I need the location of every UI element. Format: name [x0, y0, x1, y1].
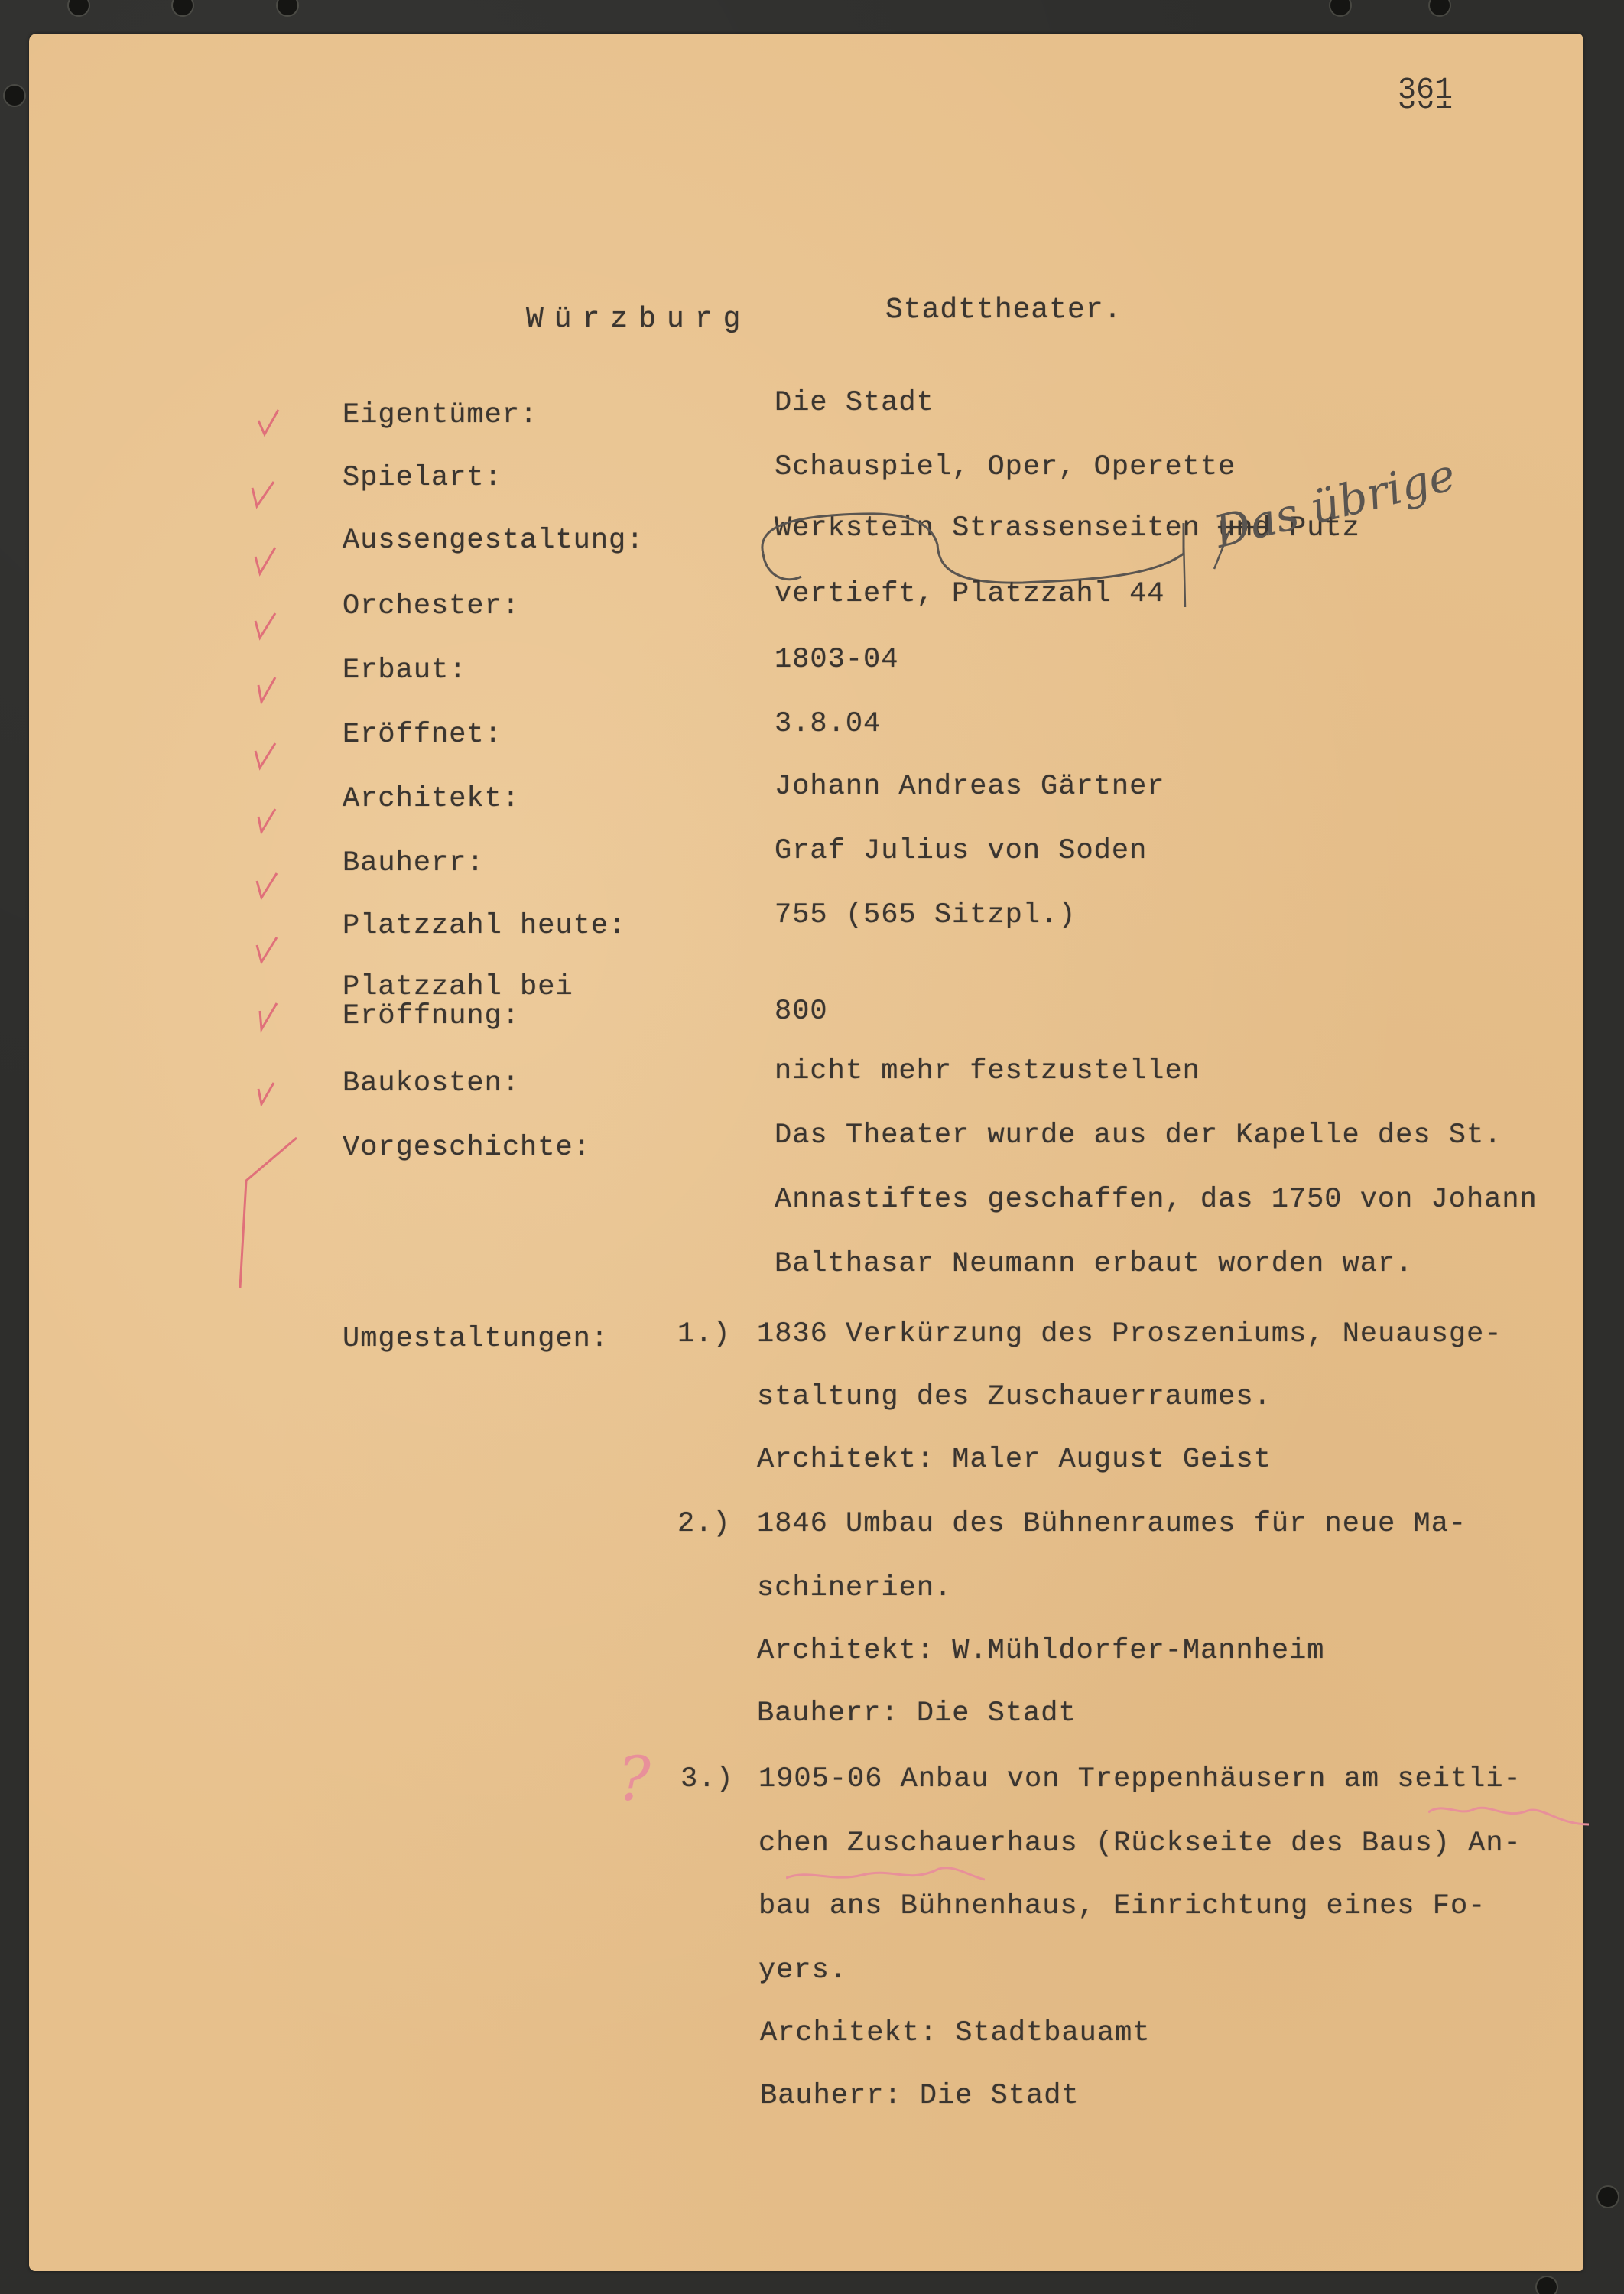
field-label-baukosten: Baukosten: [343, 1067, 520, 1100]
circled-word-werkstein: Werkstein [775, 512, 934, 544]
umgestaltung-2-architekt: Architekt: W.Mühldorfer-Mannheim [757, 1635, 1325, 1667]
umgestaltung-1-line2: staltung des Zuschauerraumes. [757, 1381, 1272, 1413]
red-check-icon [254, 933, 284, 963]
umgestaltung-3-bauherr: Bauherr: Die Stadt [760, 2080, 1080, 2112]
umgestaltung-3-line3: bau ans Bühnenhaus, Einrichtung eines Fo… [758, 1890, 1486, 1922]
umgestaltung-2-line2: schinerien. [757, 1572, 952, 1604]
field-value-vorgeschichte-line1: Das Theater wurde aus der Kapelle des St… [775, 1119, 1502, 1152]
umgestaltung-2-bauherr: Bauherr: Die Stadt [757, 1698, 1077, 1730]
field-value-baukosten: nicht mehr festzustellen [775, 1055, 1200, 1087]
red-check-icon [254, 869, 284, 899]
field-label-eroeffnet: Eröffnet: [343, 719, 502, 751]
title-city: Würzburg [526, 303, 751, 336]
field-label-platzzahl-heute: Platzzahl heute: [343, 910, 626, 942]
field-label-erbaut: Erbaut: [343, 655, 466, 687]
field-value-vorgeschichte-line3: Balthasar Neumann erbaut worden war. [775, 1248, 1413, 1280]
red-check-icon [252, 544, 283, 575]
red-check-icon [252, 609, 283, 639]
red-check-icon [254, 803, 284, 833]
field-value-erbaut: 1803-04 [775, 644, 898, 676]
field-label-spielart: Spielart: [343, 462, 502, 494]
umgestaltung-1-number: 1.) [677, 1318, 731, 1350]
red-check-icon [235, 1135, 304, 1288]
field-label-orchester: Orchester: [343, 590, 520, 622]
field-label-platzzahl-bei-eroeffnung-line1: Platzzahl bei [343, 971, 573, 1003]
umgestaltung-3-architekt: Architekt: Stadtbauamt [760, 2017, 1150, 2049]
field-value-spielart: Schauspiel, Oper, Operette [775, 451, 1236, 483]
umgestaltung-2-number: 2.) [677, 1508, 731, 1540]
field-label-architekt: Architekt: [343, 783, 520, 815]
document-sheet: 361 361 Würzburg Stadttheater. Eigentüme… [29, 34, 1583, 2271]
red-check-icon [252, 739, 283, 769]
umgestaltung-1-architekt: Architekt: Maler August Geist [757, 1444, 1272, 1476]
red-check-icon [254, 1075, 284, 1106]
field-label-bauherr: Bauherr: [343, 847, 485, 879]
field-label-aussengestaltung: Aussengestaltung: [343, 525, 644, 557]
red-wavy-underline [786, 1861, 985, 1892]
field-label-eigentuemer: Eigentümer: [343, 399, 538, 431]
title-theater: Stadttheater. [885, 294, 1122, 327]
circled-word-strassenseiten: Strassenseiten [952, 512, 1200, 544]
umgestaltung-3-number: 3.) [680, 1763, 734, 1795]
umgestaltung-1-line1: 1836 Verkürzung des Proszeniums, Neuausg… [757, 1318, 1502, 1350]
umgestaltungen-label: Umgestaltungen: [343, 1323, 609, 1355]
field-value-architekt: Johann Andreas Gärtner [775, 771, 1164, 803]
umgestaltung-3-line2: chen Zuschauerhaus (Rückseite des Baus) … [758, 1828, 1522, 1860]
red-check-icon [249, 477, 280, 508]
field-value-vorgeschichte-line2: Annastiftes geschaffen, das 1750 von Joh… [775, 1184, 1538, 1216]
umgestaltung-3-line4: yers. [758, 1954, 847, 1987]
page-number-ghost: 361 [1398, 101, 1453, 112]
umgestaltung-3-line1: 1905-06 Anbau von Treppenhäusern am seit… [758, 1763, 1522, 1795]
field-label-vorgeschichte: Vorgeschichte: [343, 1132, 591, 1164]
field-value-platzzahl-heute: 755 (565 Sitzpl.) [775, 899, 1076, 931]
field-value-eroeffnet: 3.8.04 [775, 708, 881, 740]
backing-hole [5, 86, 24, 106]
field-value-orchester: vertieft, Platzzahl 44 [775, 578, 1164, 610]
backing-hole [1598, 2187, 1618, 2207]
red-check-icon [255, 1000, 286, 1031]
backing-hole [1537, 2277, 1557, 2294]
field-value-bauherr: Graf Julius von Soden [775, 835, 1147, 867]
umgestaltung-2-line1: 1846 Umbau des Bühnenraumes für neue Ma- [757, 1508, 1466, 1540]
red-check-icon [255, 407, 286, 437]
red-question-mark-icon: ? [618, 1743, 651, 1815]
field-value-platzzahl-bei-eroeffnung: 800 [775, 996, 828, 1028]
field-label-platzzahl-bei-eroeffnung-line2: Eröffnung: [343, 1000, 520, 1032]
red-check-icon [254, 673, 284, 703]
field-value-eigentuemer: Die Stadt [775, 387, 934, 419]
